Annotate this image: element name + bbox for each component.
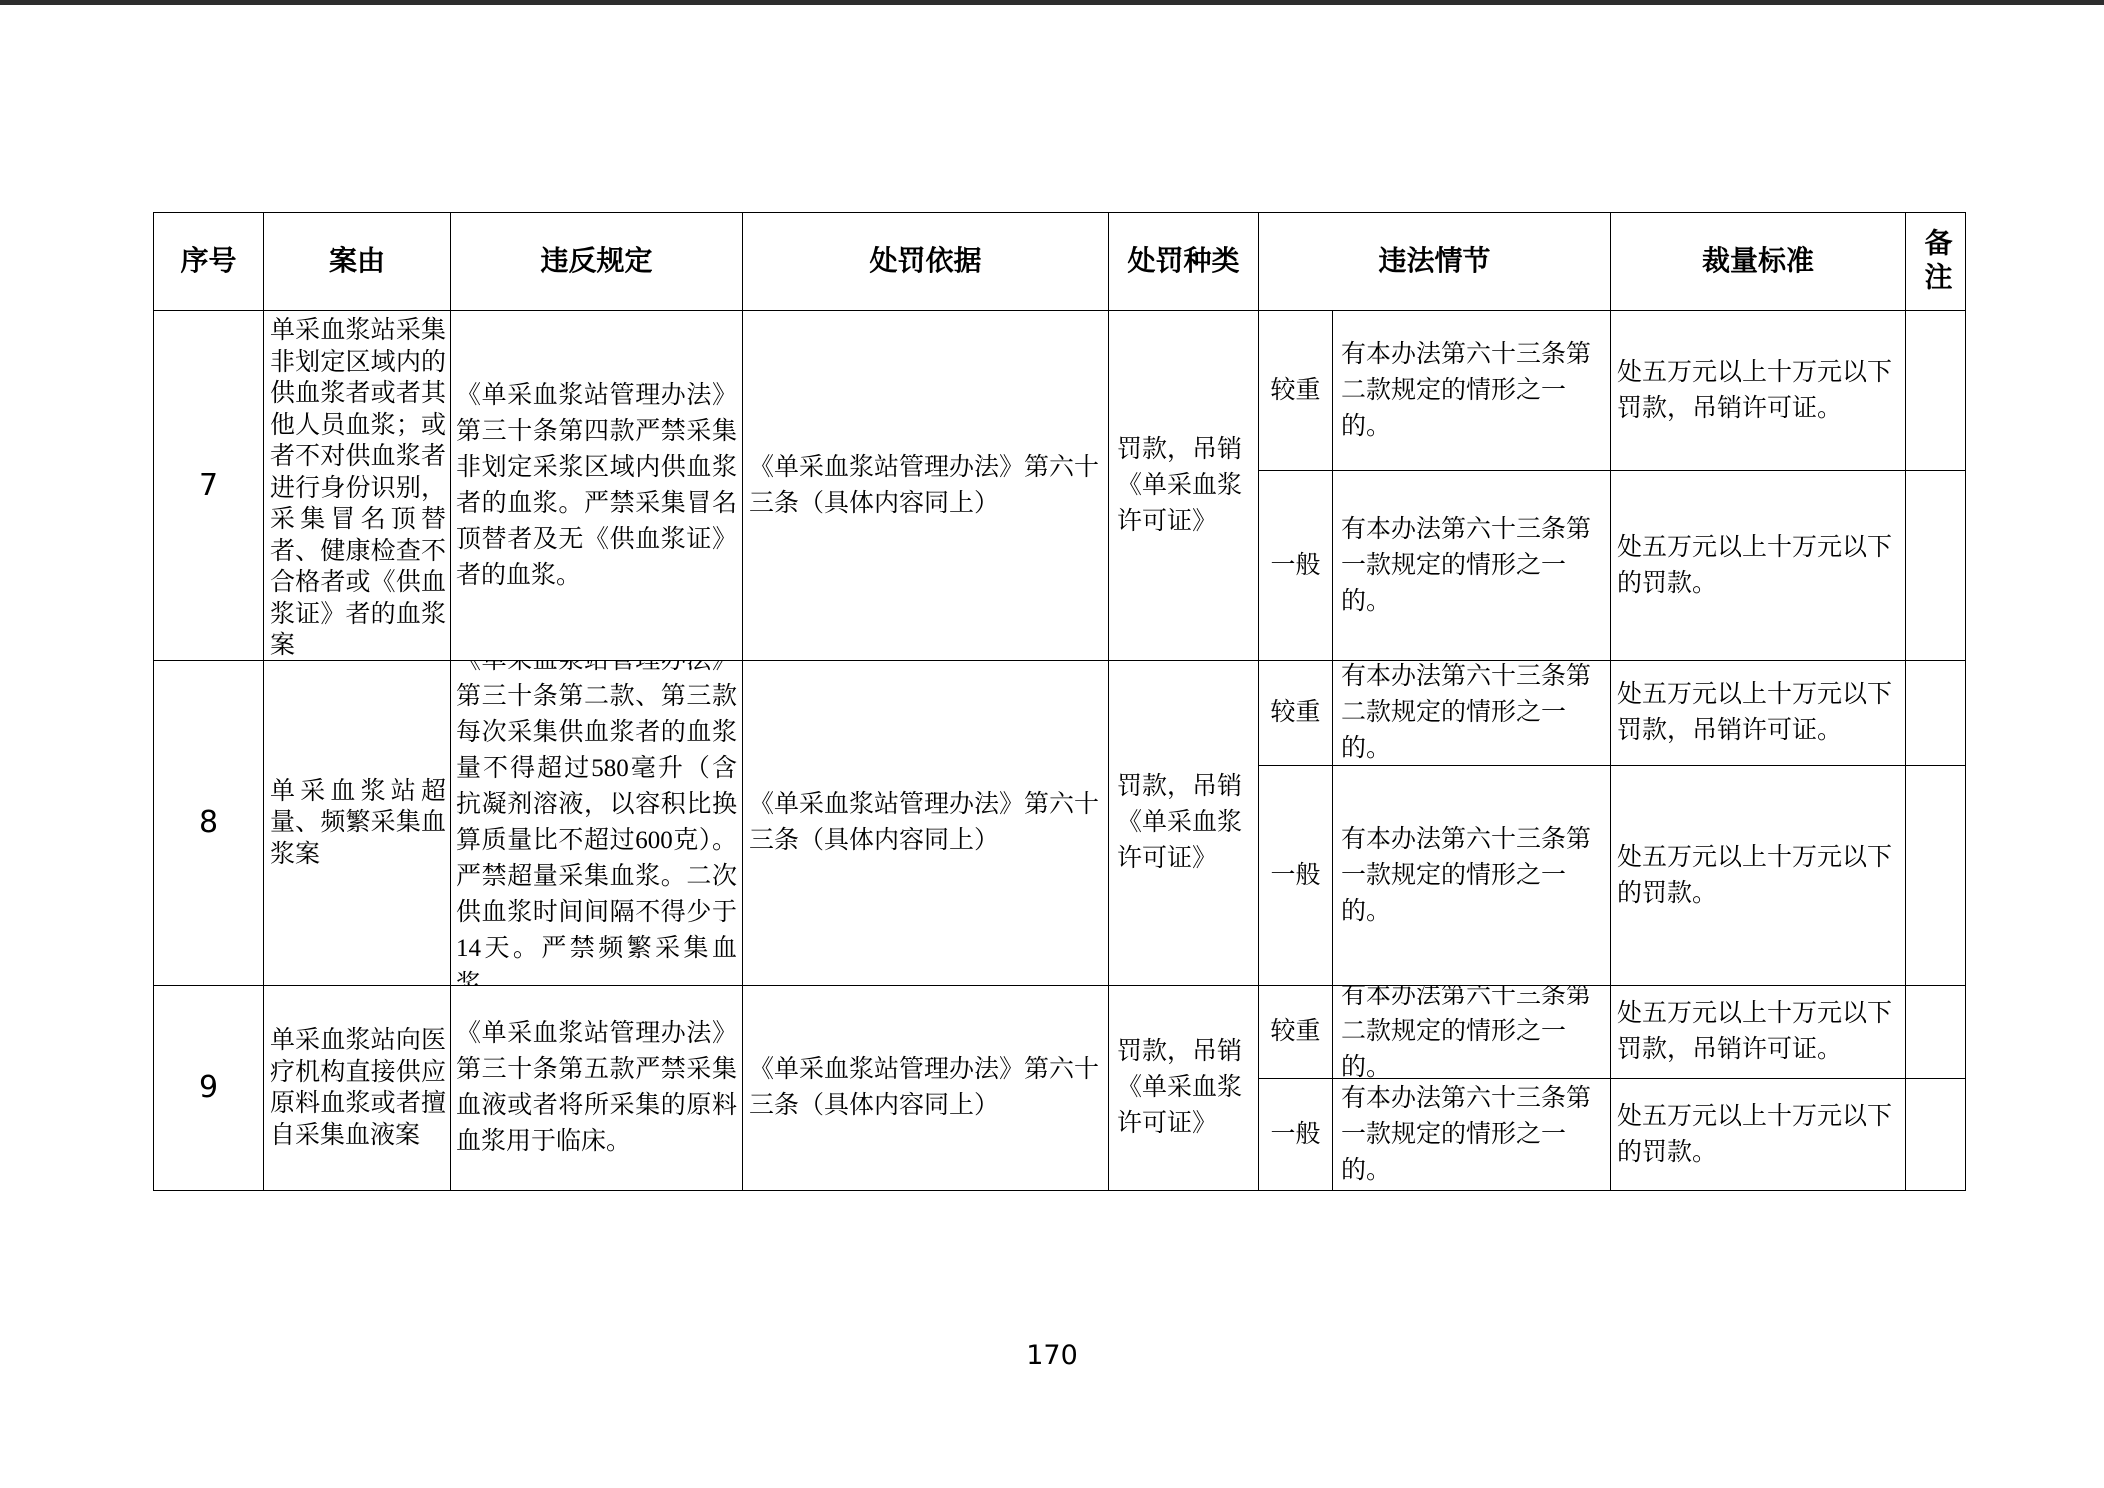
cell-case: 单采血浆站超量、频繁采集血浆案 xyxy=(264,661,451,986)
cell-violation: 《单采血浆站管理办法》第三十条第五款严禁采集血液或者将所采集的原料血浆用于临床。 xyxy=(451,986,743,1191)
cell-case: 单采血浆站采集非划定区域内的供血浆者或者其他人员血浆；或者不对供血浆者进行身份识… xyxy=(264,311,451,661)
cell-remark xyxy=(1906,986,1966,1079)
cell-remark xyxy=(1906,661,1966,766)
header-case: 案由 xyxy=(264,213,451,311)
cell-circumstance: 有本办法第六十三条第二款规定的情形之一的。 xyxy=(1333,661,1611,766)
cell-violation: 《单采血浆站管理办法》第三十条第四款严禁采集非划定采浆区域内供血浆者的血浆。严禁… xyxy=(451,311,743,661)
cell-standard: 处五万元以上十万元以下的罚款。 xyxy=(1611,766,1906,986)
cell-severity: 较重 xyxy=(1259,986,1333,1079)
header-standard: 裁量标准 xyxy=(1611,213,1906,311)
header-penalty-type: 处罚种类 xyxy=(1109,213,1259,311)
cell-severity: 一般 xyxy=(1259,766,1333,986)
header-circumstance: 违法情节 xyxy=(1259,213,1611,311)
cell-severity: 较重 xyxy=(1259,661,1333,766)
cell-penalty-type: 罚款，吊销《单采血浆许可证》 xyxy=(1109,311,1259,661)
page-number: 170 xyxy=(0,1340,2104,1371)
row-number: 7 xyxy=(154,311,264,661)
cell-circumstance: 有本办法第六十三条第一款规定的情形之一的。 xyxy=(1333,471,1611,661)
cell-severity: 一般 xyxy=(1259,1079,1333,1191)
cell-standard: 处五万元以上十万元以下罚款，吊销许可证。 xyxy=(1611,661,1906,766)
cell-standard: 处五万元以上十万元以下罚款，吊销许可证。 xyxy=(1611,986,1906,1079)
cell-standard: 处五万元以上十万元以下的罚款。 xyxy=(1611,1079,1906,1191)
row-number: 9 xyxy=(154,986,264,1191)
cell-basis: 《单采血浆站管理办法》第六十三条（具体内容同上） xyxy=(743,986,1109,1191)
cell-standard: 处五万元以上十万元以下罚款，吊销许可证。 xyxy=(1611,311,1906,471)
header-seq: 序号 xyxy=(154,213,264,311)
header-violation: 违反规定 xyxy=(451,213,743,311)
cell-penalty-type: 罚款，吊销《单采血浆许可证》 xyxy=(1109,661,1259,986)
cell-circumstance: 有本办法第六十三条第二款规定的情形之一的。 xyxy=(1333,311,1611,471)
row-number: 8 xyxy=(154,661,264,986)
window-top-edge xyxy=(0,0,2104,5)
cell-basis: 《单采血浆站管理办法》第六十三条（具体内容同上） xyxy=(743,311,1109,661)
cell-remark xyxy=(1906,766,1966,986)
cell-standard: 处五万元以上十万元以下的罚款。 xyxy=(1611,471,1906,661)
cell-case: 单采血浆站向医疗机构直接供应原料血浆或者擅自采集血液案 xyxy=(264,986,451,1191)
penalty-standards-table: 序号 案由 违反规定 处罚依据 处罚种类 违法情节 裁量标准 备注 7 单采血浆… xyxy=(153,212,1966,1191)
cell-circumstance: 有本办法第六十三条第一款规定的情形之一的。 xyxy=(1333,1079,1611,1191)
cell-severity: 较重 xyxy=(1259,311,1333,471)
cell-remark xyxy=(1906,471,1966,661)
cell-remark xyxy=(1906,311,1966,471)
cell-remark xyxy=(1906,1079,1966,1191)
cell-severity: 一般 xyxy=(1259,471,1333,661)
cell-penalty-type: 罚款，吊销《单采血浆许可证》 xyxy=(1109,986,1259,1191)
cell-circumstance: 有本办法第六十三条第一款规定的情形之一的。 xyxy=(1333,766,1611,986)
header-basis: 处罚依据 xyxy=(743,213,1109,311)
cell-circumstance: 有本办法第六十三条第二款规定的情形之一的。 xyxy=(1333,986,1611,1079)
cell-basis: 《单采血浆站管理办法》第六十三条（具体内容同上） xyxy=(743,661,1109,986)
cell-violation: 《单采血浆站管理办法》第三十条第二款、第三款每次采集供血浆者的血浆量不得超过58… xyxy=(451,661,743,986)
header-remark: 备注 xyxy=(1906,213,1966,311)
